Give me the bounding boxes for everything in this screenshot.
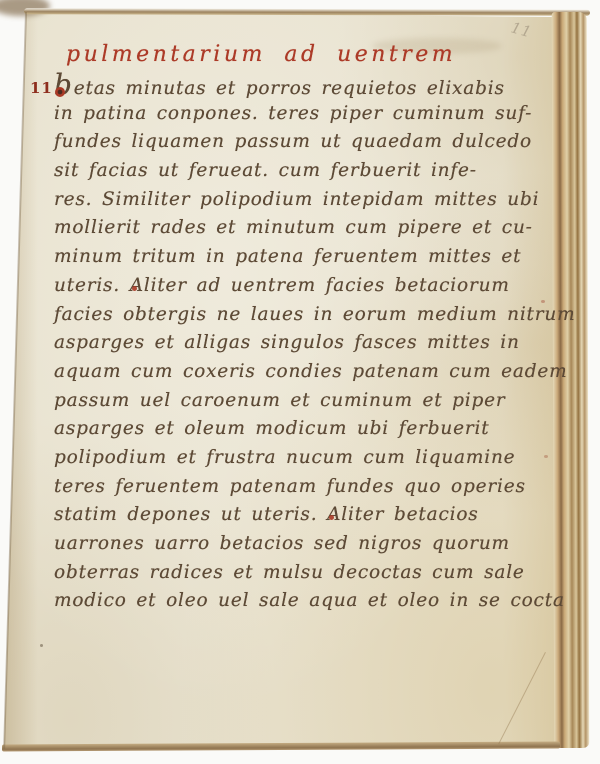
margin-speck (40, 644, 43, 647)
text-block: betas minutas et porros requietos elixab… (54, 71, 549, 616)
text-line: asparges et oleum modicum ubi ferbuerit (54, 415, 549, 444)
rubricated-capital: A (130, 275, 144, 296)
text-line: aquam cum coxeris condies patenam cum ea… (54, 358, 549, 387)
text-line: mollierit rades et minutum cum pipere et… (54, 214, 549, 243)
rubric-title: pulmentarium ad uentrem (66, 42, 456, 67)
manuscript-photo: 11 11 pulmentarium ad uentrem betas minu… (0, 0, 600, 764)
text-line: in patina conpones. teres piper cuminum … (54, 100, 549, 129)
text-line: asparges et alligas singulos fasces mitt… (54, 329, 549, 358)
text-line: uarrones uarro betacios sed nigros quoru… (54, 530, 549, 559)
text-line: teres feruentem patenam fundes quo operi… (54, 473, 549, 502)
decorated-initial: b (54, 71, 73, 99)
text-line: minum tritum in patena feruentem mittes … (54, 243, 549, 272)
text-line: facies obtergis ne laues in eorum medium… (54, 301, 549, 330)
text-line: polipodium et frustra nucum cum liquamin… (54, 444, 549, 473)
rubricated-capital: A (327, 504, 341, 525)
text-line: passum uel caroenum et cuminum et piper (54, 387, 549, 416)
text-line: fundes liquamen passum ut quaedam dulced… (54, 128, 549, 157)
initial-ornament (55, 87, 65, 97)
text-line: statim depones ut uteris. Aliter betacio… (54, 501, 549, 530)
text-line: modico et oleo uel sale aqua et oleo in … (54, 587, 549, 616)
text-line: uteris. Aliter ad uentrem facies betacio… (54, 272, 549, 301)
text-line: res. Similiter polipodium intepidam mitt… (54, 186, 549, 215)
margin-chapter-number: 11 (30, 79, 53, 97)
text-line: sit facias ut ferueat. cum ferbuerit inf… (54, 157, 549, 186)
text-line: betas minutas et porros requietos elixab… (54, 71, 549, 100)
text-line: obterras radices et mulsu decoctas cum s… (54, 559, 549, 588)
